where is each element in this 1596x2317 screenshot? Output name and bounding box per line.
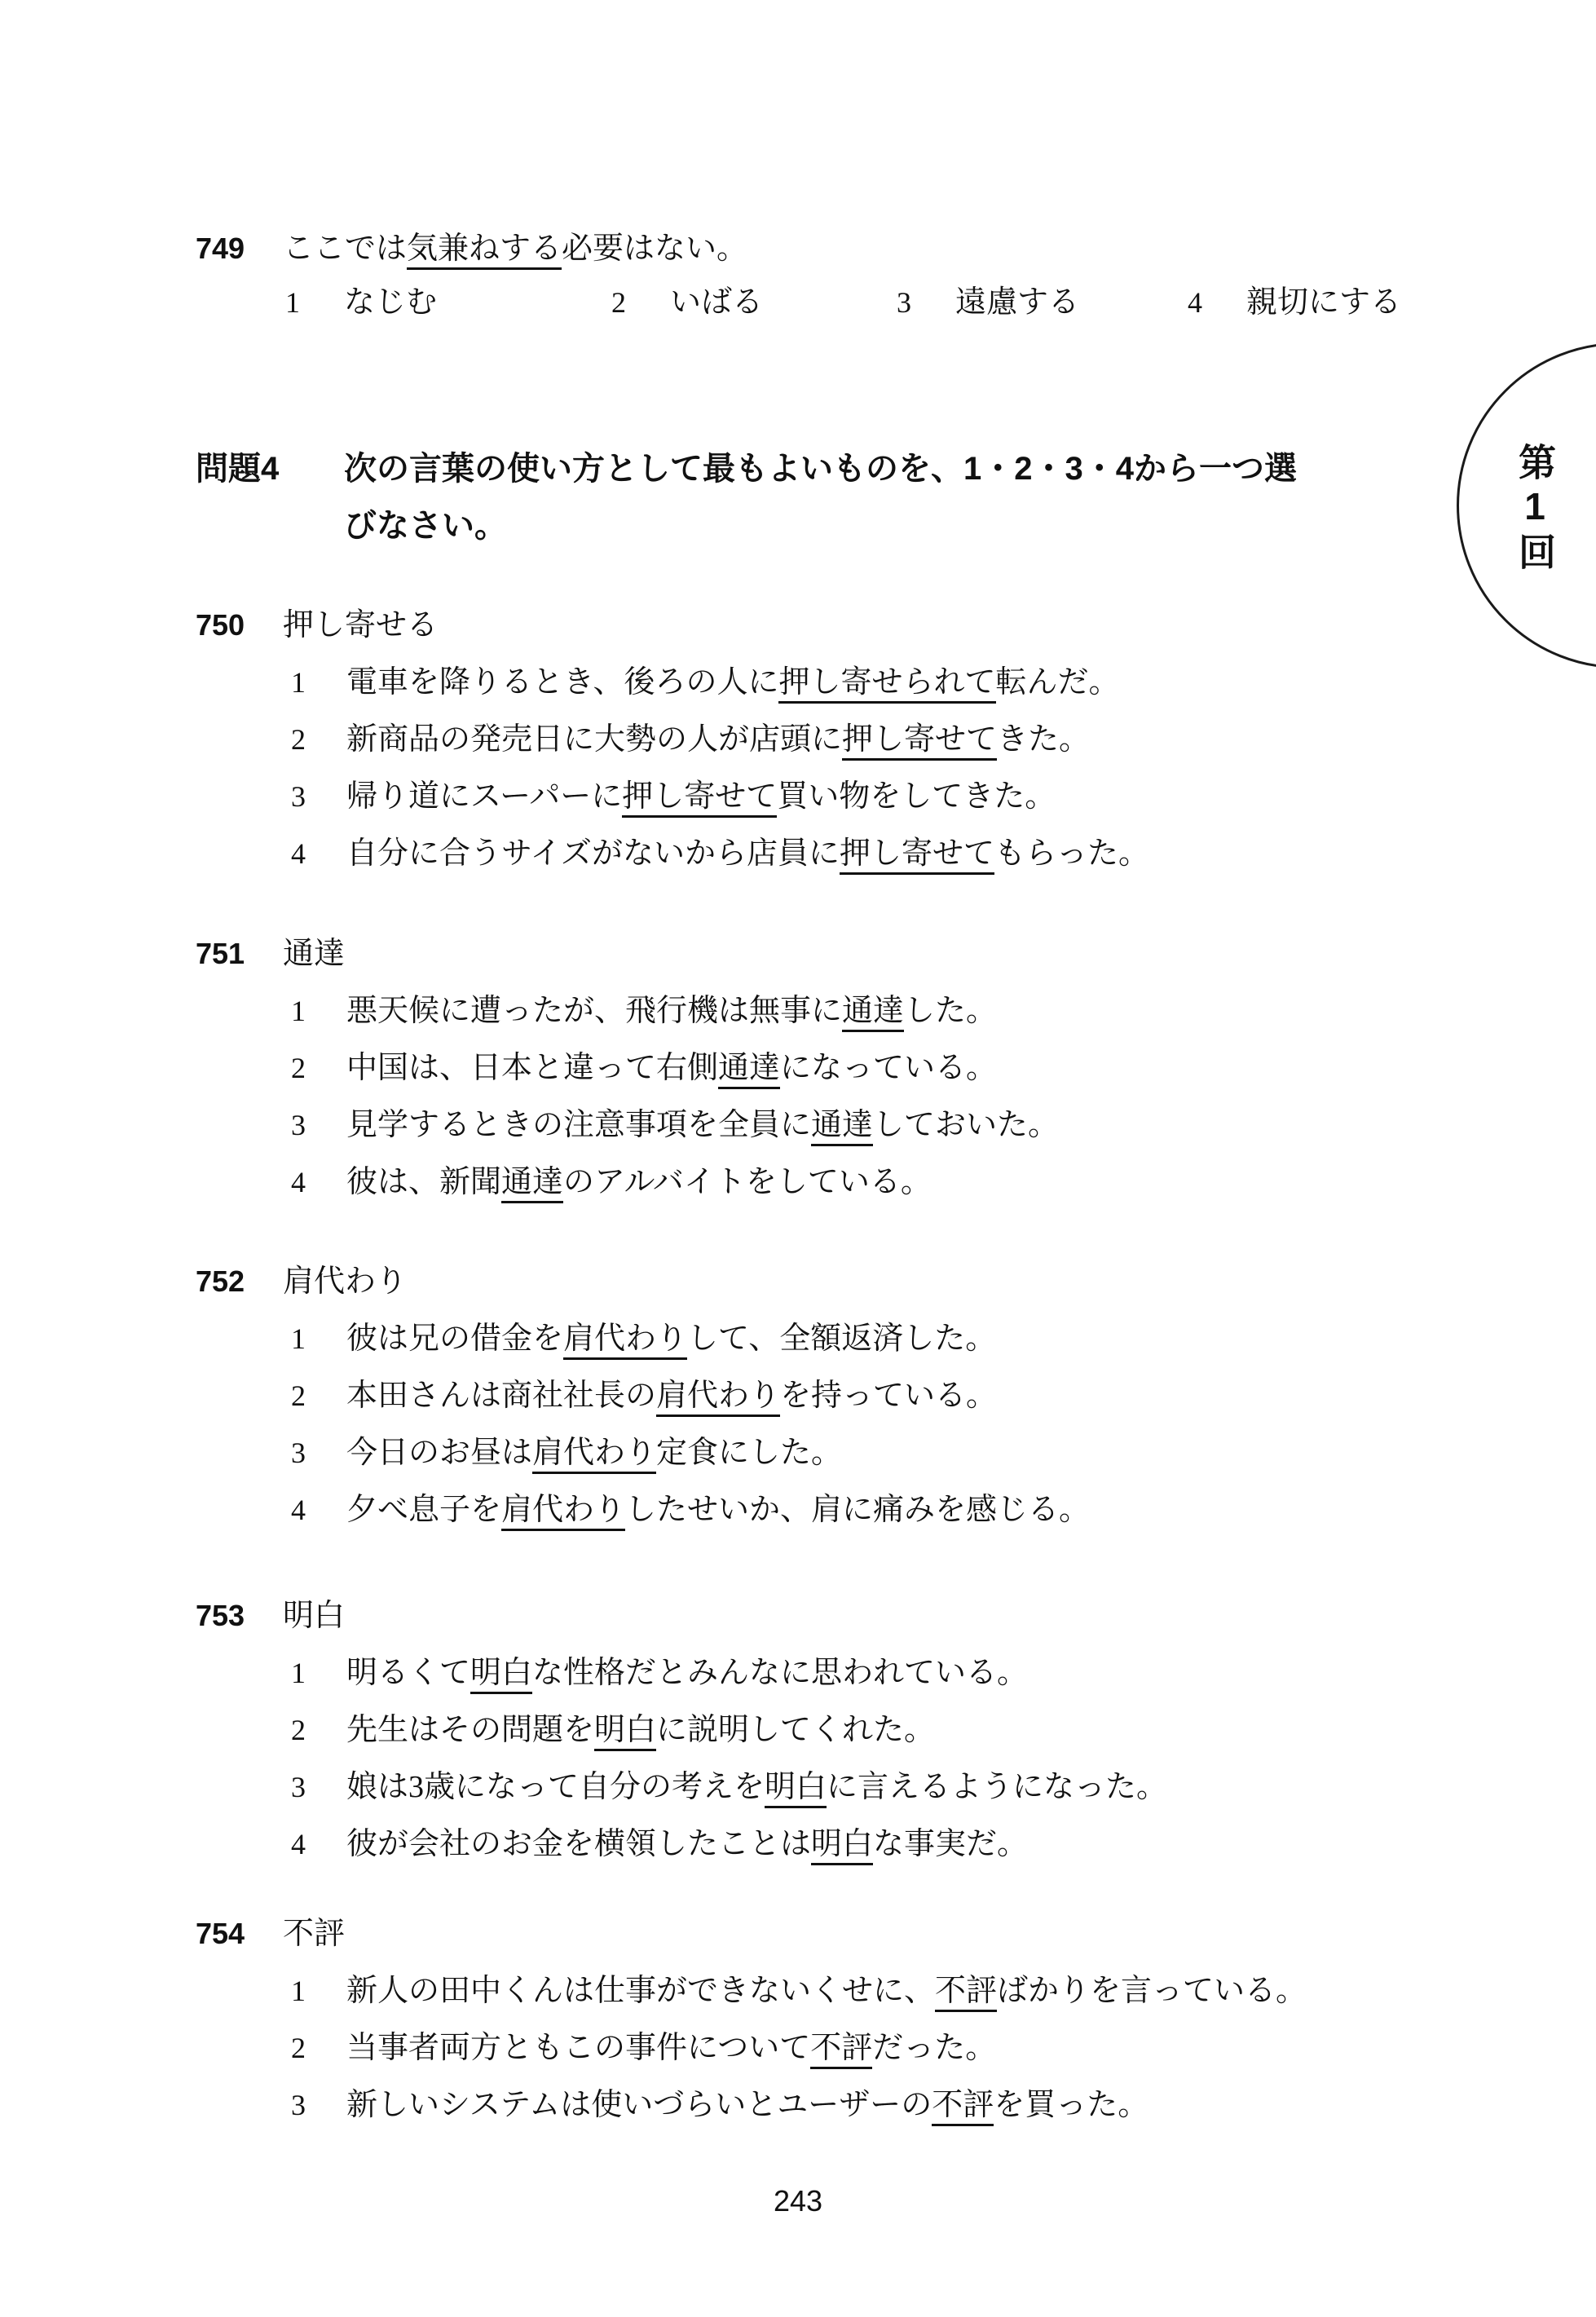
question-753: 753明白 1明るくて明白な性格だとみんなに思われている。 2先生はその問題を明…: [196, 1598, 1532, 1862]
option-row: 3娘は3歳になって自分の考えを明白に言えるようになった。: [196, 1769, 1532, 1805]
option-text: 親切にする: [1246, 285, 1401, 320]
option-post: ばかりを言っている。: [997, 1974, 1307, 2008]
question-head: 754不評: [196, 1916, 1532, 1952]
option-pre: 彼は、新聞: [346, 1165, 501, 1199]
option-pre: 自分に合うサイズがないから店員に: [346, 836, 840, 871]
option-row: 3今日のお昼は肩代わり定食にした。: [196, 1435, 1532, 1471]
option-number: 2: [291, 1378, 306, 1414]
stem-underlined-word: 気兼ねする: [407, 232, 562, 270]
stem-post: 必要はない。: [562, 232, 747, 266]
option-number: 3: [291, 1435, 306, 1471]
option-post: したせいか、肩に痛みを感じる。: [625, 1493, 1090, 1527]
option-pre: 明るくて: [346, 1656, 470, 1690]
question-749: 749ここでは気兼ねする必要はない。: [196, 231, 747, 267]
question-head: 753明白: [196, 1598, 1532, 1634]
option-row: 4自分に合うサイズがないから店員に押し寄せてもらった。: [196, 836, 1532, 872]
question-number: 751: [196, 936, 283, 972]
option-row: 2当事者両方ともこの事件について不評だった。: [196, 2030, 1532, 2066]
round-tab-label: 第1回: [1510, 443, 1559, 575]
option-number: 1: [291, 1973, 306, 2009]
question-752: 752肩代わり 1彼は兄の借金を肩代わりして、全額返済した。 2本田さんは商社社…: [196, 1264, 1532, 1528]
option-row: 2中国は、日本と違って右側通達になっている。: [196, 1050, 1532, 1086]
option-row: 1明るくて明白な性格だとみんなに思われている。: [196, 1655, 1532, 1691]
option-underlined: 押し寄せて: [842, 722, 997, 761]
option-2: 2いばる: [611, 285, 763, 320]
option-underlined: 不評: [935, 1974, 997, 2012]
option-number: 2: [291, 2030, 306, 2066]
option-number: 4: [291, 1164, 306, 1200]
option-underlined: 通達: [811, 1108, 873, 1146]
question-number: 753: [196, 1598, 283, 1634]
option-row: 4彼が会社のお金を横領したことは明白な事実だ。: [196, 1826, 1532, 1862]
option-text: いばる: [670, 285, 763, 320]
option-pre: 新商品の発売日に大勢の人が店頭に: [346, 722, 842, 757]
option-underlined: 押し寄せられて: [778, 665, 995, 704]
option-pre: 本田さんは商社社長の: [346, 1379, 656, 1413]
option-row: 3見学するときの注意事項を全員に通達しておいた。: [196, 1107, 1532, 1143]
page-number: 243: [0, 2183, 1596, 2219]
option-row: 1彼は兄の借金を肩代わりして、全額返済した。: [196, 1321, 1532, 1357]
section-instruction-line2: びなさい。: [344, 497, 1418, 554]
option-post: しておいた。: [873, 1108, 1059, 1142]
option-row: 1悪天候に遭ったが、飛行機は無事に通達した。: [196, 993, 1532, 1029]
question-number: 749: [196, 231, 283, 267]
option-number: 3: [897, 285, 955, 320]
option-pre: 見学するときの注意事項を全員に: [346, 1108, 811, 1142]
option-number: 3: [291, 2087, 306, 2123]
option-row: 3帰り道にスーパーに押し寄せて買い物をしてきた。: [196, 779, 1532, 814]
question-754: 754不評 1新人の田中くんは仕事ができないくせに、不評ばかりを言っている。 2…: [196, 1916, 1532, 2123]
option-post: に説明してくれた。: [656, 1713, 935, 1747]
option-row: 2新商品の発売日に大勢の人が店頭に押し寄せてきた。: [196, 722, 1532, 757]
option-number: 2: [611, 285, 670, 320]
option-number: 4: [291, 1826, 306, 1862]
option-number: 1: [291, 1655, 306, 1691]
question-number: 752: [196, 1264, 283, 1300]
option-underlined: 通達: [501, 1165, 563, 1203]
option-text: なじむ: [344, 285, 437, 320]
option-post: 転んだ。: [996, 665, 1120, 700]
option-row: 4彼は、新聞通達のアルバイトをしている。: [196, 1164, 1532, 1200]
option-underlined: 肩代わり: [656, 1379, 780, 1417]
option-number: 3: [291, 779, 306, 814]
option-pre: 娘は3歳になって自分の考えを: [346, 1770, 765, 1804]
question-751: 751通達 1悪天候に遭ったが、飛行機は無事に通達した。 2中国は、日本と違って…: [196, 936, 1532, 1200]
option-number: 2: [291, 722, 306, 757]
option-post: 買い物をしてきた。: [777, 779, 1056, 814]
question-750: 750押し寄せる 1電車を降りるとき、後ろの人に押し寄せられて転んだ。 2新商品…: [196, 607, 1532, 872]
option-row: 4夕べ息子を肩代わりしたせいか、肩に痛みを感じる。: [196, 1492, 1532, 1528]
question-word: 押し寄せる: [283, 608, 438, 642]
option-number: 1: [285, 285, 344, 320]
question-head: 751通達: [196, 936, 1532, 972]
option-number: 3: [291, 1769, 306, 1805]
option-underlined: 肩代わり: [532, 1436, 656, 1474]
option-pre: 新人の田中くんは仕事ができないくせに、: [346, 1974, 935, 2008]
option-number: 2: [291, 1050, 306, 1086]
option-underlined: 不評: [810, 2031, 872, 2069]
option-number: 1: [291, 664, 306, 700]
option-post: だった。: [872, 2031, 996, 2065]
option-post: な事実だ。: [873, 1827, 1028, 1861]
question-word: 不評: [283, 1917, 345, 1951]
option-post: 定食にした。: [656, 1436, 842, 1470]
option-row: 1新人の田中くんは仕事ができないくせに、不評ばかりを言っている。: [196, 1973, 1532, 2009]
option-underlined: 不評: [932, 2088, 994, 2126]
section-label: 問題4: [196, 440, 279, 497]
option-underlined: 肩代わり: [501, 1493, 625, 1531]
option-post: を買った。: [994, 2088, 1149, 2122]
question-749-options: 1なじむ 2いばる 3遠慮する 4親切にする: [0, 285, 1596, 325]
option-row: 2本田さんは商社社長の肩代わりを持っている。: [196, 1378, 1532, 1414]
section-header: 問題4 次の言葉の使い方として最もよいものを、1・2・3・4から一つ選 びなさい…: [196, 440, 1418, 554]
option-underlined: 肩代わり: [563, 1322, 687, 1360]
option-pre: 新しいシステムは使いづらいとユーザーの: [346, 2088, 932, 2122]
option-underlined: 通達: [842, 994, 904, 1032]
option-post: を持っている。: [780, 1379, 997, 1413]
option-underlined: 明白: [811, 1827, 873, 1865]
question-word: 明白: [283, 1599, 345, 1633]
option-number: 1: [291, 993, 306, 1029]
option-pre: 今日のお昼は: [346, 1436, 532, 1470]
option-post: になっている。: [780, 1051, 997, 1085]
option-1: 1なじむ: [285, 285, 437, 320]
option-underlined: 通達: [718, 1051, 780, 1089]
option-number: 2: [291, 1712, 306, 1748]
option-text: 遠慮する: [955, 285, 1079, 320]
option-post: した。: [904, 994, 997, 1028]
option-pre: 電車を降りるとき、後ろの人に: [346, 665, 778, 700]
option-underlined: 明白: [594, 1713, 656, 1751]
option-pre: 中国は、日本と違って右側: [346, 1051, 718, 1085]
option-pre: 帰り道にスーパーに: [346, 779, 622, 814]
option-number: 4: [291, 1492, 306, 1528]
test-page: 749ここでは気兼ねする必要はない。 1なじむ 2いばる 3遠慮する 4親切にす…: [0, 0, 1596, 2317]
option-pre: 夕べ息子を: [346, 1493, 501, 1527]
option-underlined: 押し寄せて: [840, 836, 994, 875]
option-number: 1: [291, 1321, 306, 1357]
option-row: 1電車を降りるとき、後ろの人に押し寄せられて転んだ。: [196, 664, 1532, 700]
option-number: 4: [291, 836, 306, 872]
option-row: 3新しいシステムは使いづらいとユーザーの不評を買った。: [196, 2087, 1532, 2123]
option-post: な性格だとみんなに思われている。: [532, 1656, 1028, 1690]
question-head: 750押し寄せる: [196, 607, 1532, 643]
option-pre: 彼が会社のお金を横領したことは: [346, 1827, 811, 1861]
option-underlined: 明白: [470, 1656, 532, 1694]
option-4: 4親切にする: [1188, 285, 1401, 320]
question-number: 750: [196, 607, 283, 643]
stem-pre: ここでは: [283, 232, 407, 266]
option-underlined: 押し寄せて: [622, 779, 777, 818]
option-post: して、全額返済した。: [687, 1322, 996, 1356]
option-number: 3: [291, 1107, 306, 1143]
question-word: 肩代わり: [283, 1264, 407, 1299]
option-row: 2先生はその問題を明白に説明してくれた。: [196, 1712, 1532, 1748]
option-post: に言えるようになった。: [827, 1770, 1167, 1804]
option-pre: 悪天候に遭ったが、飛行機は無事に: [346, 994, 842, 1028]
question-word: 通達: [283, 937, 345, 971]
option-number: 4: [1188, 285, 1246, 320]
option-pre: 当事者両方ともこの事件について: [346, 2031, 810, 2065]
option-pre: 彼は兄の借金を: [346, 1322, 563, 1356]
question-head: 752肩代わり: [196, 1264, 1532, 1300]
question-number: 754: [196, 1916, 283, 1952]
option-pre: 先生はその問題を: [346, 1713, 594, 1747]
option-post: もらった。: [994, 836, 1149, 871]
option-post: のアルバイトをしている。: [563, 1165, 932, 1199]
option-3: 3遠慮する: [897, 285, 1079, 320]
section-instruction-line1: 次の言葉の使い方として最もよいものを、1・2・3・4から一つ選: [344, 440, 1418, 497]
option-post: きた。: [997, 722, 1090, 757]
option-underlined: 明白: [765, 1770, 827, 1808]
